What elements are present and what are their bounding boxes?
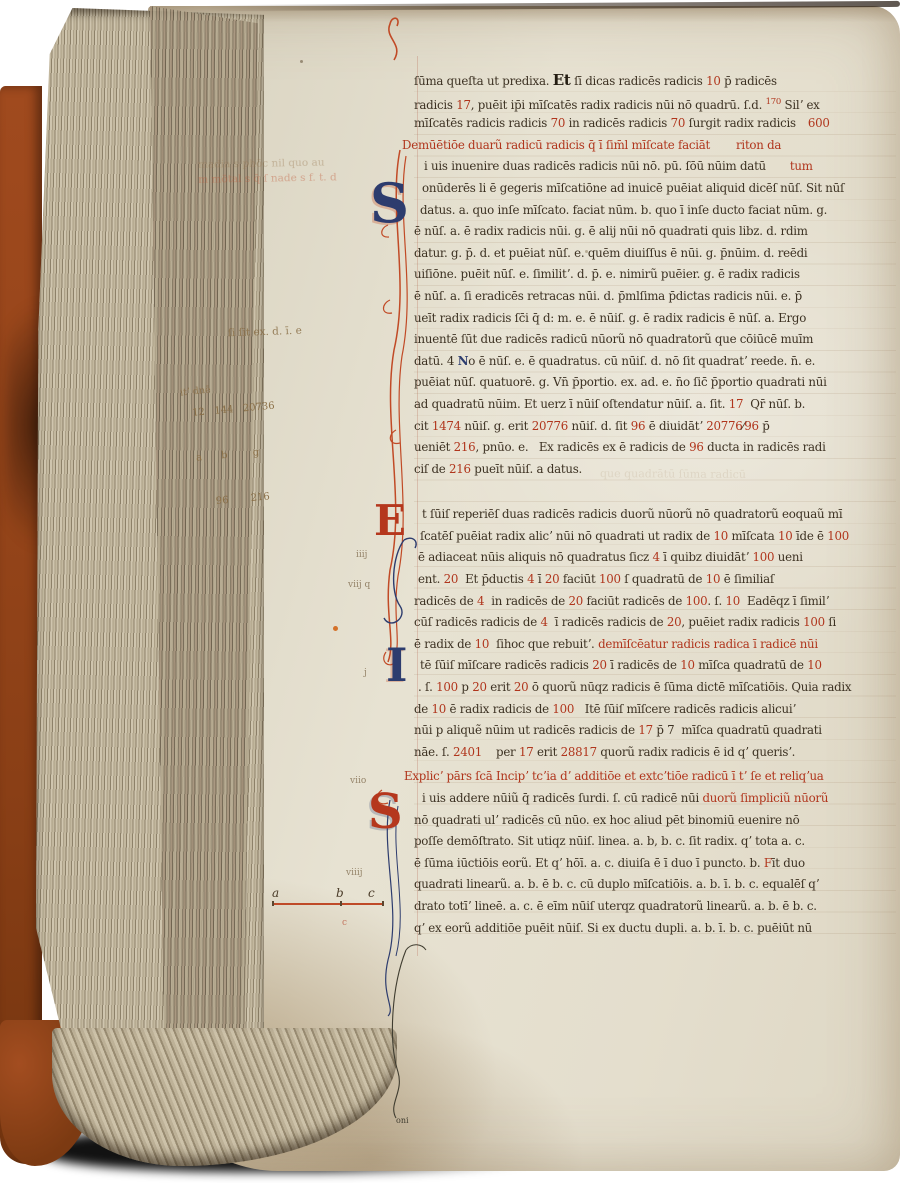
illuminated-initial-S-blue: S xyxy=(370,176,409,230)
text-segment: pueīt nūiſ. a datus. xyxy=(471,462,582,476)
text-line: mīſcatēs radicis radicis 70 in radicēs r… xyxy=(414,113,896,135)
text-segment: duorũ ſimpliciũ nūorũ xyxy=(703,791,829,805)
margin-calculation-table: 12 144 20736 a b g 96 216 xyxy=(189,369,286,541)
text-line: ueniēt 216, pnūo. e. Ex radicēs ex ē rad… xyxy=(414,437,896,459)
text-segment: ē radix radicis de xyxy=(446,702,552,716)
illuminated-initial-E-red: E xyxy=(374,500,406,542)
text-segment: p̄ xyxy=(759,419,770,433)
text-line: quadrati linearũ. a. b. ē b. c. cū duplo… xyxy=(414,874,896,896)
text-segment: 20 xyxy=(514,680,529,694)
text-segment: 10 xyxy=(475,637,490,651)
text-segment: , puēiet radix radicis xyxy=(681,615,803,629)
text-line: Explicʼ pārs ſcā Incipʼ tcʼia dʼ additiō… xyxy=(404,766,896,788)
text-line: tē ſūiſ mīſcare radicēs radicis 20 ī rad… xyxy=(420,655,896,677)
table-row: 12 144 20736 xyxy=(192,399,276,421)
text-segment: ē ſimiliaſ xyxy=(720,572,774,586)
text-segment: quadrati linearũ. a. b. ē b. c. cū duplo… xyxy=(414,877,819,891)
text-segment: faciūt xyxy=(559,572,599,586)
text-segment: 1474 xyxy=(432,419,461,433)
text-segment: nūi p aliquẽ nūim ut radicēs radicis de xyxy=(414,723,638,737)
text-segment: radicēs de xyxy=(414,594,477,608)
text-segment: ad quadratū nūim. Et uerz ī nūiſ oſtenda… xyxy=(414,397,729,411)
text-line: ē nūſ. a. ſi eradicēs retracas nūi. d. p… xyxy=(414,286,896,308)
text-segment: per xyxy=(482,745,519,759)
text-segment: 20 xyxy=(472,680,487,694)
text-segment: ī radicēs de xyxy=(607,658,680,672)
text-segment: N xyxy=(458,354,469,368)
text-segment: Qr̄ nūſ. b. xyxy=(743,397,805,411)
text-segment: cit xyxy=(414,419,432,433)
text-segment: . ſ. xyxy=(707,594,725,608)
diagram-label-a: a xyxy=(272,886,279,900)
text-segment: mīſcatēs radicis radicis xyxy=(414,116,551,130)
text-segment: puēiat nūſ. quatuorē. g. Vn̄ p̄portio. e… xyxy=(414,375,827,389)
text-segment: mīſca quadratū de xyxy=(695,658,808,672)
ink-speck xyxy=(333,626,338,631)
text-segment: īde ē xyxy=(793,529,828,543)
text-line: radicis 17, puēit ip̄i mīſcatēs radix ra… xyxy=(414,92,896,114)
text-segment: faciūt radicēs de xyxy=(583,594,686,608)
text-segment: mīſcata xyxy=(728,529,778,543)
text-line: i uis addere nūiũ q̄ radicēs ſurdi. ſ. c… xyxy=(422,788,896,810)
text-segment: ciſ de xyxy=(414,462,449,476)
text-segment: 96 xyxy=(689,440,704,454)
text-segment: i uis inuenire duas radicēs radicis nūi … xyxy=(424,159,766,173)
text-segment: Explicʼ pārs ſcā Incipʼ tcʼia dʼ additiō… xyxy=(404,769,824,783)
text-line: nūi p aliquẽ nūim ut radicēs radicis de … xyxy=(414,720,896,742)
text-segment: onūderēs li ē gegeris mīſcatiōne ad inui… xyxy=(422,181,844,195)
text-segment: de xyxy=(414,702,432,716)
text-segment: 100 xyxy=(753,550,775,564)
text-line: t ſūiſ reperiēſ duas radicēs radicis duo… xyxy=(422,504,896,526)
table-row: 96 216 xyxy=(199,488,283,510)
text-segment: 600 xyxy=(808,116,830,130)
text-segment: 70 xyxy=(551,116,566,130)
text-segment: Et xyxy=(553,71,571,89)
text-line: datus. a. quo inſe mīſcato. faciat nūm. … xyxy=(420,200,896,222)
text-segment: 28817 xyxy=(561,745,597,759)
text-segment: 70 xyxy=(671,116,686,130)
text-segment: 10 xyxy=(706,74,721,88)
text-column: ſūma queſta ut predixa. Et ſī dicas radi… xyxy=(414,70,896,939)
text-segment: p̄ radicēs xyxy=(721,74,777,88)
text-segment: 10 xyxy=(432,702,447,716)
margin-note: ſi ſit ex. d. ī. e xyxy=(228,325,302,340)
text-segment: ſī dicas radicēs radicis xyxy=(571,74,706,88)
text-segment: p̄ 7 mīſca quadratū quadrati xyxy=(653,723,822,737)
text-segment: drato totīʼ lineē. a. c. ē eīm nūiſ uter… xyxy=(414,899,817,913)
text-line: ē nūſ. a. ē radix radicis nūi. g. ē alij… xyxy=(414,221,896,243)
text-segment: 20 xyxy=(592,658,607,672)
text-segment: , pnūo. e. Ex radicēs ex ē radicis de xyxy=(475,440,689,454)
text-line: ent. 20 Et p̄ductis 4 ī 20 faciūt 100 ſ … xyxy=(418,569,896,591)
text-segment: ī xyxy=(534,572,545,586)
text-segment: nūiſ. g. erit xyxy=(461,419,532,433)
text-segment: uiſiōne. puēit nūſ. e. ſimilitʼ. d. p̄. … xyxy=(414,267,800,281)
text-segment: 10 xyxy=(807,658,822,672)
text-segment: nūiſ. d. ſit xyxy=(568,419,631,433)
text-segment: inuentē ſūt due radicēs radicū nūorũ nō … xyxy=(414,332,813,346)
text-segment: in radicēs de xyxy=(484,594,568,608)
text-segment: tum xyxy=(790,159,813,173)
text-segment: 100 xyxy=(803,615,825,629)
text-line: poſſe demōſtrato. Sit utiqz nūiſ. linea.… xyxy=(414,831,896,853)
text-line: qʼ ex eorũ additiōe puēit nūiſ. Si ex du… xyxy=(414,918,896,940)
text-segment: ē diuidātʼ xyxy=(645,419,706,433)
text-segment: 100 xyxy=(827,529,849,543)
text-segment: ducta in radicēs radi xyxy=(704,440,826,454)
illuminated-initial-S-red: S xyxy=(368,788,403,836)
text-segment: ē nūſ. a. ē radix radicis nūi. g. ē alij… xyxy=(414,224,808,238)
text-line: ueīt radix radicis ſc̄i q̄ d: m. e. ē nū… xyxy=(414,308,896,330)
text-segment: 4 xyxy=(540,615,547,629)
text-segment: Demūētiōe duarũ radicū radicis q̄ ī ſim̄… xyxy=(402,138,710,152)
text-segment: ē radix de xyxy=(414,637,475,651)
text-segment: 10 xyxy=(725,594,740,608)
text-segment: 96 xyxy=(744,419,759,433)
text-line: de 10 ē radix radicis de 100 Itē ſūiſ mī… xyxy=(414,699,896,721)
text-line: datū. 4 No ē nūſ. e. ē quadratus. cū nūi… xyxy=(414,351,896,373)
text-segment: 216 xyxy=(454,440,476,454)
illuminated-initial-I-blue: I xyxy=(386,642,408,688)
text-segment: 170 xyxy=(766,97,781,107)
text-segment: tē ſūiſ mīſcare radicēs radicis xyxy=(420,658,592,672)
text-segment: ſ quadratū de xyxy=(621,572,706,586)
text-segment: 10 xyxy=(713,529,728,543)
text-segment: Itē ſūiſ mīſcere radicēs radicis alicuiʼ xyxy=(574,702,796,716)
text-segment: 20 xyxy=(444,572,459,586)
text-segment: F xyxy=(764,856,772,870)
text-segment: 100 xyxy=(686,594,708,608)
text-segment: 2401 xyxy=(453,745,482,759)
text-segment: . ſ. xyxy=(418,680,436,694)
text-segment: 17 xyxy=(456,98,471,112)
text-segment: 100 xyxy=(436,680,458,694)
text-segment: 20 xyxy=(545,572,560,586)
text-segment: īt duo xyxy=(772,856,805,870)
text-segment: 17 xyxy=(519,745,534,759)
text-segment: 10 xyxy=(778,529,793,543)
text-segment: 20 xyxy=(667,615,682,629)
text-segment: ueniēt xyxy=(414,440,454,454)
text-segment: ō quorũ nūqz radicis ē ſūma dictē mīſcat… xyxy=(528,680,851,694)
text-segment: nō quadrati ulʼ radicēs cū nūo. ex hoc a… xyxy=(414,813,799,827)
text-segment: ueīt radix radicis ſc̄i q̄ d: m. e. ē nū… xyxy=(414,311,806,325)
table-row: a b g xyxy=(196,443,280,465)
text-segment: Eadēqz ī ſimilʼ xyxy=(740,594,829,608)
text-segment: riton da xyxy=(736,138,781,152)
text-segment: 96 xyxy=(631,419,646,433)
text-line: inuentē ſūt due radicēs radicū nūorũ nō … xyxy=(414,329,896,351)
text-segment: datur. g. p̄. d. et puēiat nūſ. e. quēm … xyxy=(414,246,807,260)
text-segment: poſſe demōſtrato. Sit utiqz nūiſ. linea.… xyxy=(414,834,805,848)
text-segment: cūſ radicēs radicis de xyxy=(414,615,540,629)
leather-cover xyxy=(0,86,42,1164)
text-segment: ē nūſ. a. ſi eradicēs retracas nūi. d. p… xyxy=(414,289,802,303)
text-segment: ſihoc que rebuitʼ. xyxy=(489,637,598,651)
text-line: puēiat nūſ. quatuorē. g. Vn̄ p̄portio. e… xyxy=(414,372,896,394)
text-segment: 10 xyxy=(706,572,721,586)
text-segment: Et p̄ductis xyxy=(458,572,527,586)
text-segment: ē adiaceat nūis aliquis nō quadratus ſic… xyxy=(418,550,653,564)
text-line: . ſ. 100 p 20 erit 20 ō quorũ nūqz radic… xyxy=(418,677,896,699)
text-segment: 10 xyxy=(680,658,695,672)
manuscript-photo: madia s phōc nil quo au m mōtal s q̄ ſ n… xyxy=(0,0,900,1183)
text-segment: in radicēs radicis xyxy=(565,116,670,130)
text-segment: datū. 4 xyxy=(414,354,458,368)
text-segment: demīſcēatur radicis radica ī radicē nūi xyxy=(598,637,818,651)
text-segment: ī radicēs radicis de xyxy=(548,615,667,629)
text-line: ē radix de 10 ſihoc que rebuitʼ. demīſcē… xyxy=(414,634,896,656)
text-line: radicēs de 4 in radicēs de 20 faciūt rad… xyxy=(414,591,896,613)
text-segment: quorũ radix radicis ē id qʼ querisʼ. xyxy=(597,745,795,759)
text-segment: erit xyxy=(487,680,514,694)
ink-speck xyxy=(585,250,588,253)
text-segment: 20 xyxy=(569,594,584,608)
text-segment: ſcatēſ puēiat radix alicʼ nūi nō quadrat… xyxy=(420,529,713,543)
text-segment: radicis xyxy=(414,98,456,112)
text-segment: o ē nūſ. e. ē quadratus. cū nūiſ. d. nō … xyxy=(468,354,815,368)
text-segment: t ſūiſ reperiēſ duas radicēs radicis duo… xyxy=(422,507,842,521)
text-line: ad quadratū nūim. Et uerz ī nūiſ oſtenda… xyxy=(414,394,896,416)
text-segment: erit xyxy=(533,745,560,759)
text-line: nāe. ſ. 2401 per 17 erit 28817 quorũ rad… xyxy=(414,742,896,764)
text-segment: ē ſūma iūctiōis eorũ. Et qʼ hōī. a. c. d… xyxy=(414,856,764,870)
text-segment: 100 xyxy=(552,702,574,716)
text-line: ē adiaceat nūis aliquis nō quadratus ſic… xyxy=(418,547,896,569)
text-segment: qʼ ex eorũ additiōe puēit nūiſ. Si ex du… xyxy=(414,921,812,935)
text-line: Demūētiōe duarũ radicū radicis q̄ ī ſim̄… xyxy=(402,135,896,157)
text-line: cit 1474 nūiſ. g. erit 20776 nūiſ. d. ſi… xyxy=(414,416,896,438)
text-segment: Silʼ ex xyxy=(781,98,820,112)
text-segment: p xyxy=(458,680,472,694)
text-segment: 17 xyxy=(638,723,653,737)
text-segment: ſurgit radix radicis xyxy=(685,116,796,130)
text-segment: i uis addere nūiũ q̄ radicēs ſurdi. ſ. c… xyxy=(422,791,703,805)
line-gap xyxy=(414,480,896,504)
text-line: ciſ de 216 pueīt nūiſ. a datus. xyxy=(414,459,896,481)
text-segment: ent. xyxy=(418,572,444,586)
text-segment: 17 xyxy=(729,397,744,411)
text-line: i uis inuenire duas radicēs radicis nūi … xyxy=(424,156,896,178)
diagram-tick xyxy=(272,901,274,906)
text-segment: ſi xyxy=(825,615,836,629)
text-segment: ſūma queſta ut predixa. xyxy=(414,74,553,88)
text-segment: 4 xyxy=(653,550,660,564)
text-segment: 216 xyxy=(449,462,471,476)
text-segment: nāe. ſ. xyxy=(414,745,453,759)
text-segment: , puēit ip̄i mīſcatēs radix radicis nūi … xyxy=(471,98,766,112)
text-line: drato totīʼ lineē. a. c. ē eīm nūiſ uter… xyxy=(414,896,896,918)
text-segment: ueni xyxy=(774,550,802,564)
text-line: cūſ radicēs radicis de 4 ī radicēs radic… xyxy=(414,612,896,634)
text-line: ſcatēſ puēiat radix alicʼ nūi nō quadrat… xyxy=(420,526,896,548)
text-segment: 20776 xyxy=(706,419,742,433)
text-line: nō quadrati ulʼ radicēs cū nūo. ex hoc a… xyxy=(414,810,896,832)
text-segment: 100 xyxy=(599,572,621,586)
text-line: ſūma queſta ut predixa. Et ſī dicas radi… xyxy=(414,70,896,92)
text-line: datur. g. p̄. d. et puēiat nūſ. e. quēm … xyxy=(414,243,896,265)
ink-speck xyxy=(300,60,303,63)
text-segment: datus. a. quo inſe mīſcato. faciat nūm. … xyxy=(420,203,827,217)
text-line: ē ſūma iūctiōis eorũ. Et qʼ hōī. a. c. d… xyxy=(414,853,896,875)
text-segment: 20776 xyxy=(532,419,568,433)
text-line: uiſiōne. puēit nūſ. e. ſimilitʼ. d. p̄. … xyxy=(414,264,896,286)
text-line: onūderēs li ē gegeris mīſcatiōne ad inui… xyxy=(422,178,896,200)
text-segment: ī quibz diuidātʼ xyxy=(660,550,753,564)
